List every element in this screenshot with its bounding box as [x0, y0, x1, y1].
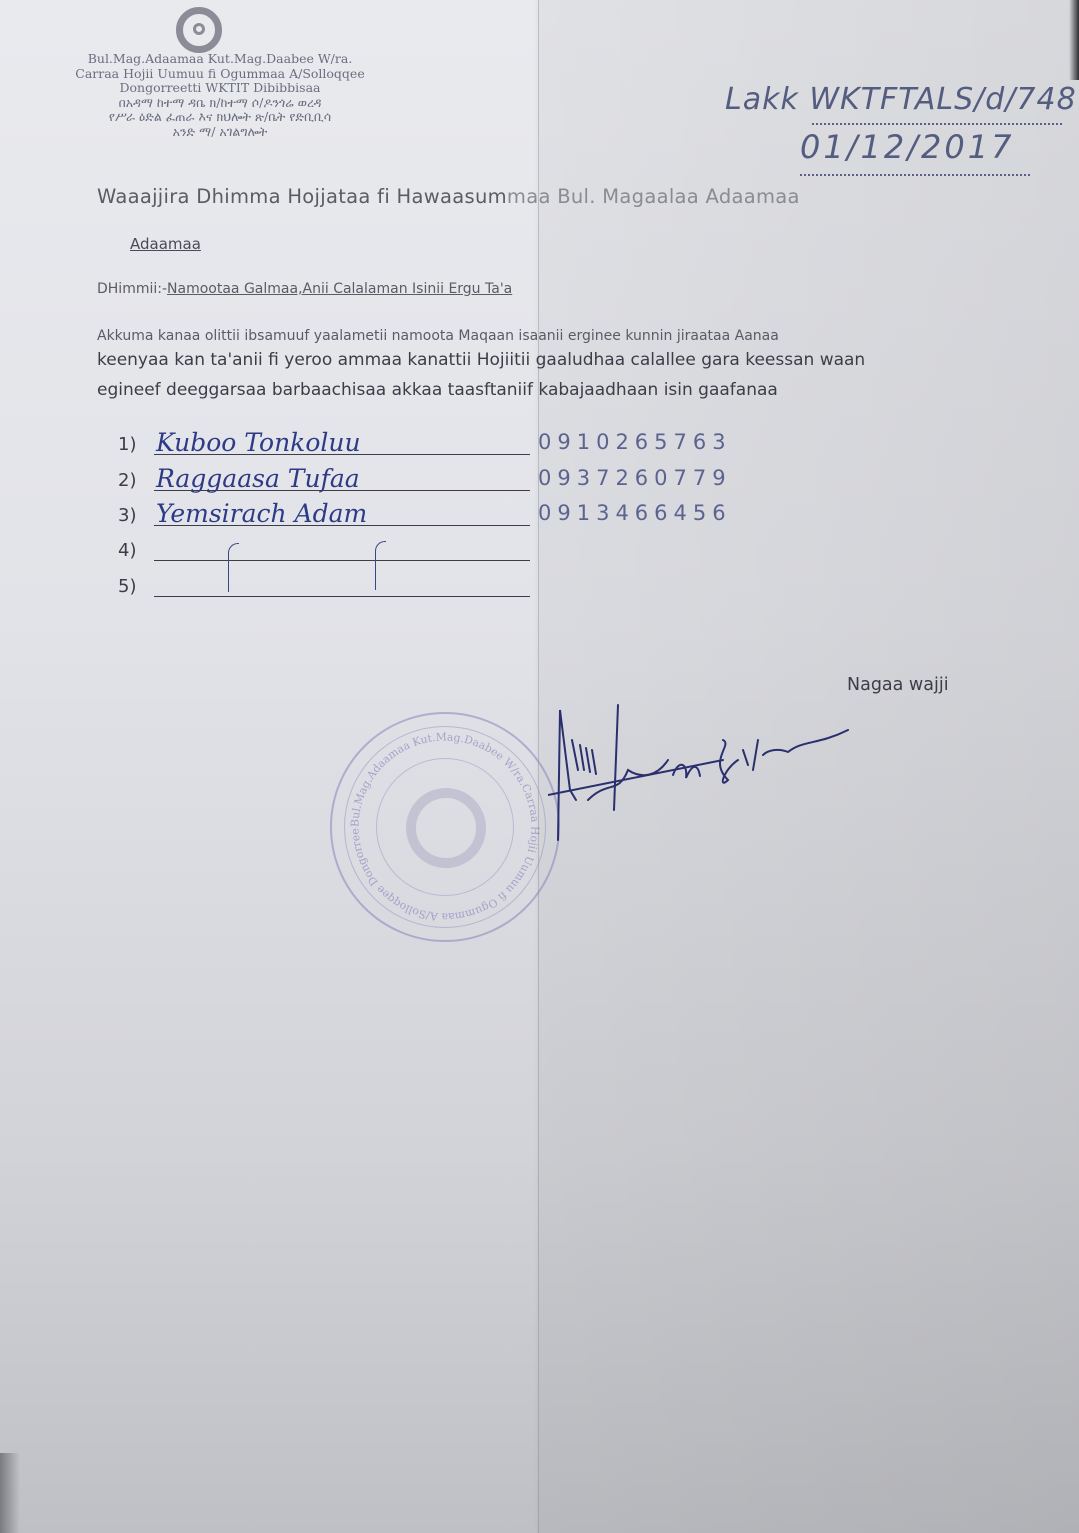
- letterhead-line: Bul.Mag.Adaamaa Kut.Mag.Daabee W/ra.: [60, 52, 380, 67]
- reference-value: WKTFTALS/d/748: [809, 82, 1076, 117]
- item-number: 2): [118, 470, 136, 491]
- candidate-phone: 0913466456: [538, 501, 732, 525]
- letterhead-line: በአዳማ ከተማ ዳቤ ክ/ከተማ ሶ/ዶንጎሬ ወረዳ: [60, 96, 380, 111]
- candidate-name: Yemsirach Adam: [156, 499, 367, 528]
- recipient-faded: maa Bul. Magaalaa Adaamaa: [507, 185, 800, 208]
- letterhead-line: የሥራ ዕድል ፈጠራ እና ክህሎት ጽ/ቤት የድቢቢሳ: [60, 110, 380, 125]
- body-paragraph-line: egineef deeggarsaa barbaachisaa akkaa ta…: [97, 380, 778, 400]
- candidate-name: Kuboo Tonkoluu: [156, 428, 361, 457]
- recipient-main: Waaajjira Dhimma Hojjataa fi Hawaasum: [97, 185, 507, 208]
- reference-label: Lakk: [725, 82, 799, 117]
- recipient-city: Adaamaa: [130, 235, 201, 253]
- organization-logo-icon: [176, 7, 222, 53]
- candidate-name: Raggaasa Tufaa: [156, 464, 360, 493]
- stamp-text-path: Bul.Mag.Adaamaa Kut.Mag.Daabee W/ra.Carr…: [332, 714, 542, 923]
- candidate-phone: 0910265763: [538, 430, 732, 454]
- reference-underline: [812, 117, 1062, 125]
- stamp-text: Bul.Mag.Adaamaa Kut.Mag.Daabee W/ra.Carr…: [332, 714, 558, 940]
- letterhead-line: አንድ ማ/ አገልግሎት: [60, 125, 380, 140]
- body-paragraph-line: keenyaa kan ta'anii fi yeroo ammaa kanat…: [97, 350, 865, 370]
- reference-number: Lakk WKTFTALS/d/748: [725, 82, 1077, 117]
- subject-line: DHimmii:-Namootaa Galmaa,Anii Calalaman …: [97, 281, 512, 297]
- signature: [548, 700, 868, 860]
- strike-mark: [228, 543, 239, 592]
- letterhead-line: Carraa Hojii Uumuu fi Ogummaa A/Solloqqe…: [60, 67, 380, 82]
- svg-text:Bul.Mag.Adaamaa Kut.Mag.Daabee: Bul.Mag.Adaamaa Kut.Mag.Daabee W/ra.Carr…: [332, 714, 542, 923]
- item-number: 5): [118, 576, 136, 597]
- item-number: 3): [118, 505, 136, 526]
- official-stamp-icon: Bul.Mag.Adaamaa Kut.Mag.Daabee W/ra.Carr…: [330, 712, 560, 942]
- letterhead-line: Dongorreetti WKTIT Dibibbisaa: [60, 81, 380, 96]
- name-line: [154, 596, 530, 597]
- reference-date: 01/12/2017: [800, 128, 1014, 166]
- name-line: [154, 560, 530, 561]
- document-page: Bul.Mag.Adaamaa Kut.Mag.Daabee W/ra. Car…: [0, 0, 1079, 1533]
- subject-label: DHimmii:-: [97, 281, 167, 297]
- date-underline: [800, 168, 1030, 176]
- closing-text: Nagaa wajji: [847, 675, 949, 695]
- recipient-office: Waaajjira Dhimma Hojjataa fi Hawaasummaa…: [97, 185, 800, 208]
- strike-mark: [375, 541, 386, 590]
- corner-shadow: [0, 1453, 20, 1533]
- item-number: 4): [118, 540, 136, 561]
- letterhead: Bul.Mag.Adaamaa Kut.Mag.Daabee W/ra. Car…: [60, 52, 380, 139]
- edge-shadow: [1069, 0, 1079, 80]
- subject-text: Namootaa Galmaa,Anii Calalaman Isinii Er…: [167, 281, 512, 297]
- candidate-phone: 0937260779: [538, 466, 732, 490]
- body-paragraph-line: Akkuma kanaa olittii ibsamuuf yaalametii…: [97, 328, 779, 344]
- item-number: 1): [118, 434, 136, 455]
